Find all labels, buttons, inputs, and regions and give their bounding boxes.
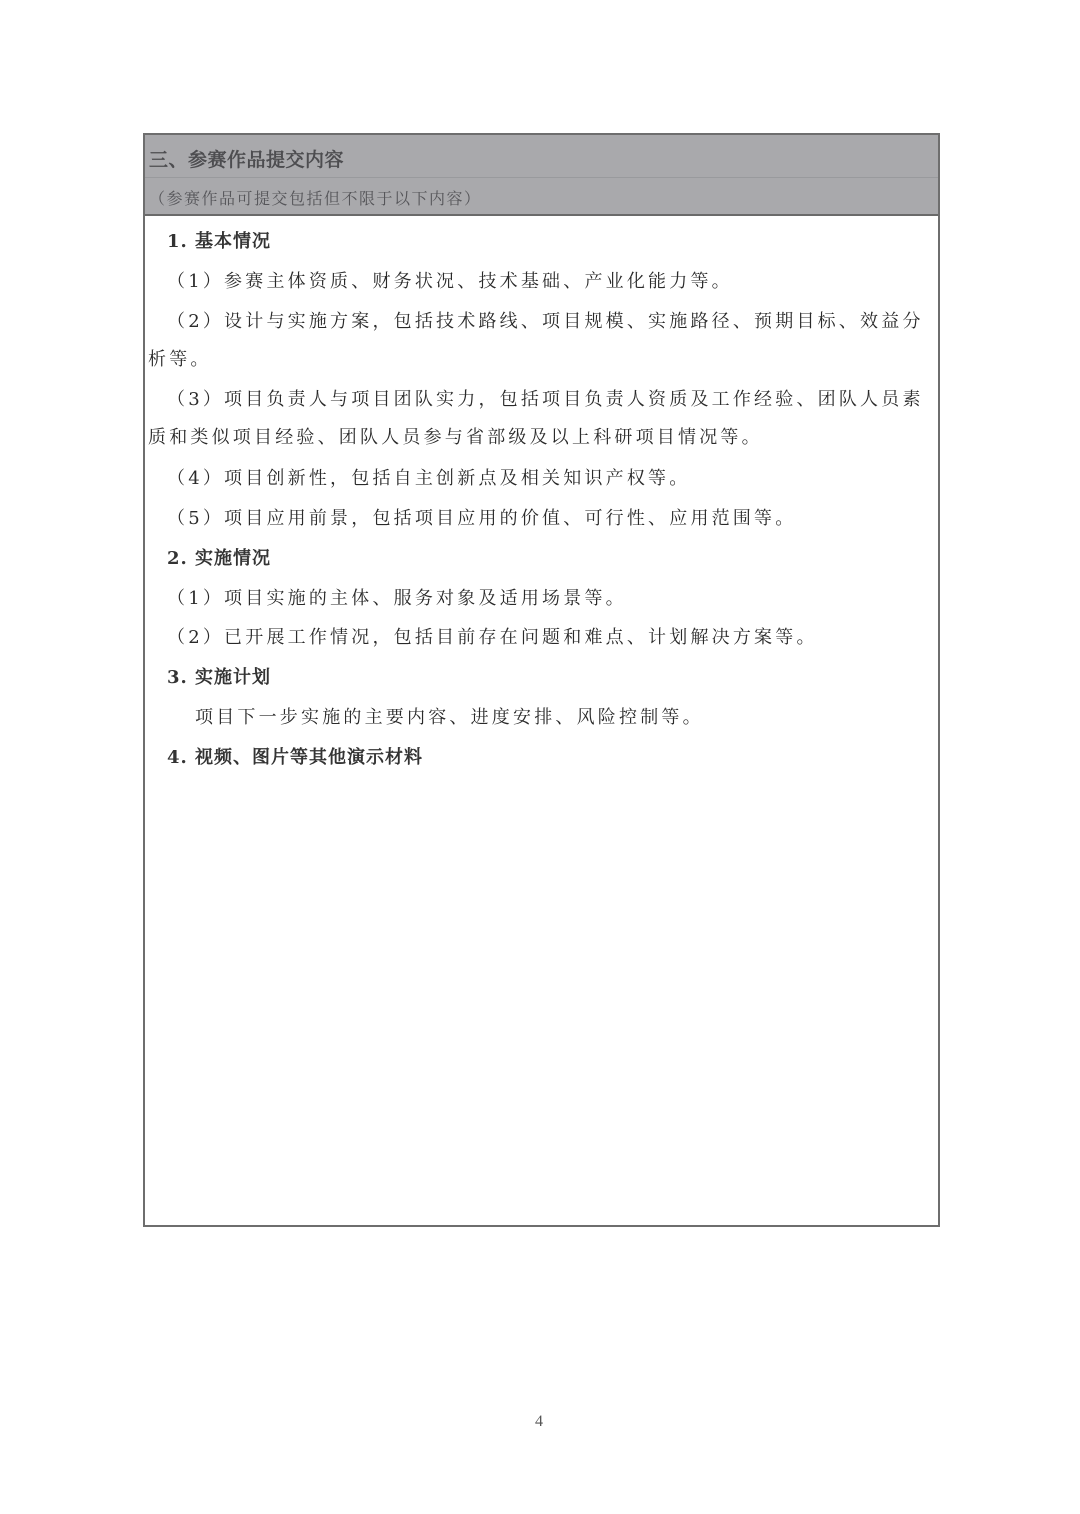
submission-content-table: 三、参赛作品提交内容 （参赛作品可提交包括但不限于以下内容） 1. 基本情况 （… — [143, 133, 940, 1227]
list-item: （5）项目应用前景，包括项目应用的价值、可行性、应用范围等。 — [167, 507, 938, 531]
heading-basic-info: 1. 基本情况 — [167, 230, 938, 254]
section-subtitle: （参赛作品可提交包括但不限于以下内容） — [149, 186, 482, 209]
header-divider — [145, 177, 938, 178]
list-item: （3）项目负责人与项目团队实力，包括项目负责人资质及工作经验、团队人员素 — [167, 388, 938, 412]
heading-demo-materials: 4. 视频、图片等其他演示材料 — [167, 746, 938, 770]
list-item: （2）已开展工作情况，包括目前存在问题和难点、计划解决方案等。 — [167, 626, 938, 650]
list-item: （1）参赛主体资质、财务状况、技术基础、产业化能力等。 — [167, 270, 938, 294]
list-item-continuation: 质和类似项目经验、团队人员参与省部级及以上科研项目情况等。 — [148, 426, 938, 450]
list-item: （4）项目创新性，包括自主创新点及相关知识产权等。 — [167, 467, 938, 491]
heading-implementation-plan: 3. 实施计划 — [167, 666, 938, 690]
list-item: 项目下一步实施的主要内容、进度安排、风险控制等。 — [195, 706, 938, 730]
page-number: 4 — [535, 1413, 543, 1431]
list-item: （1）项目实施的主体、服务对象及适用场景等。 — [167, 587, 938, 611]
section-title: 三、参赛作品提交内容 — [149, 145, 344, 172]
list-item: （2）设计与实施方案，包括技术路线、项目规模、实施路径、预期目标、效益分 — [167, 310, 938, 334]
section-header: 三、参赛作品提交内容 （参赛作品可提交包括但不限于以下内容） — [145, 135, 938, 216]
heading-implementation-status: 2. 实施情况 — [167, 547, 938, 571]
list-item-continuation: 析等。 — [148, 348, 938, 372]
